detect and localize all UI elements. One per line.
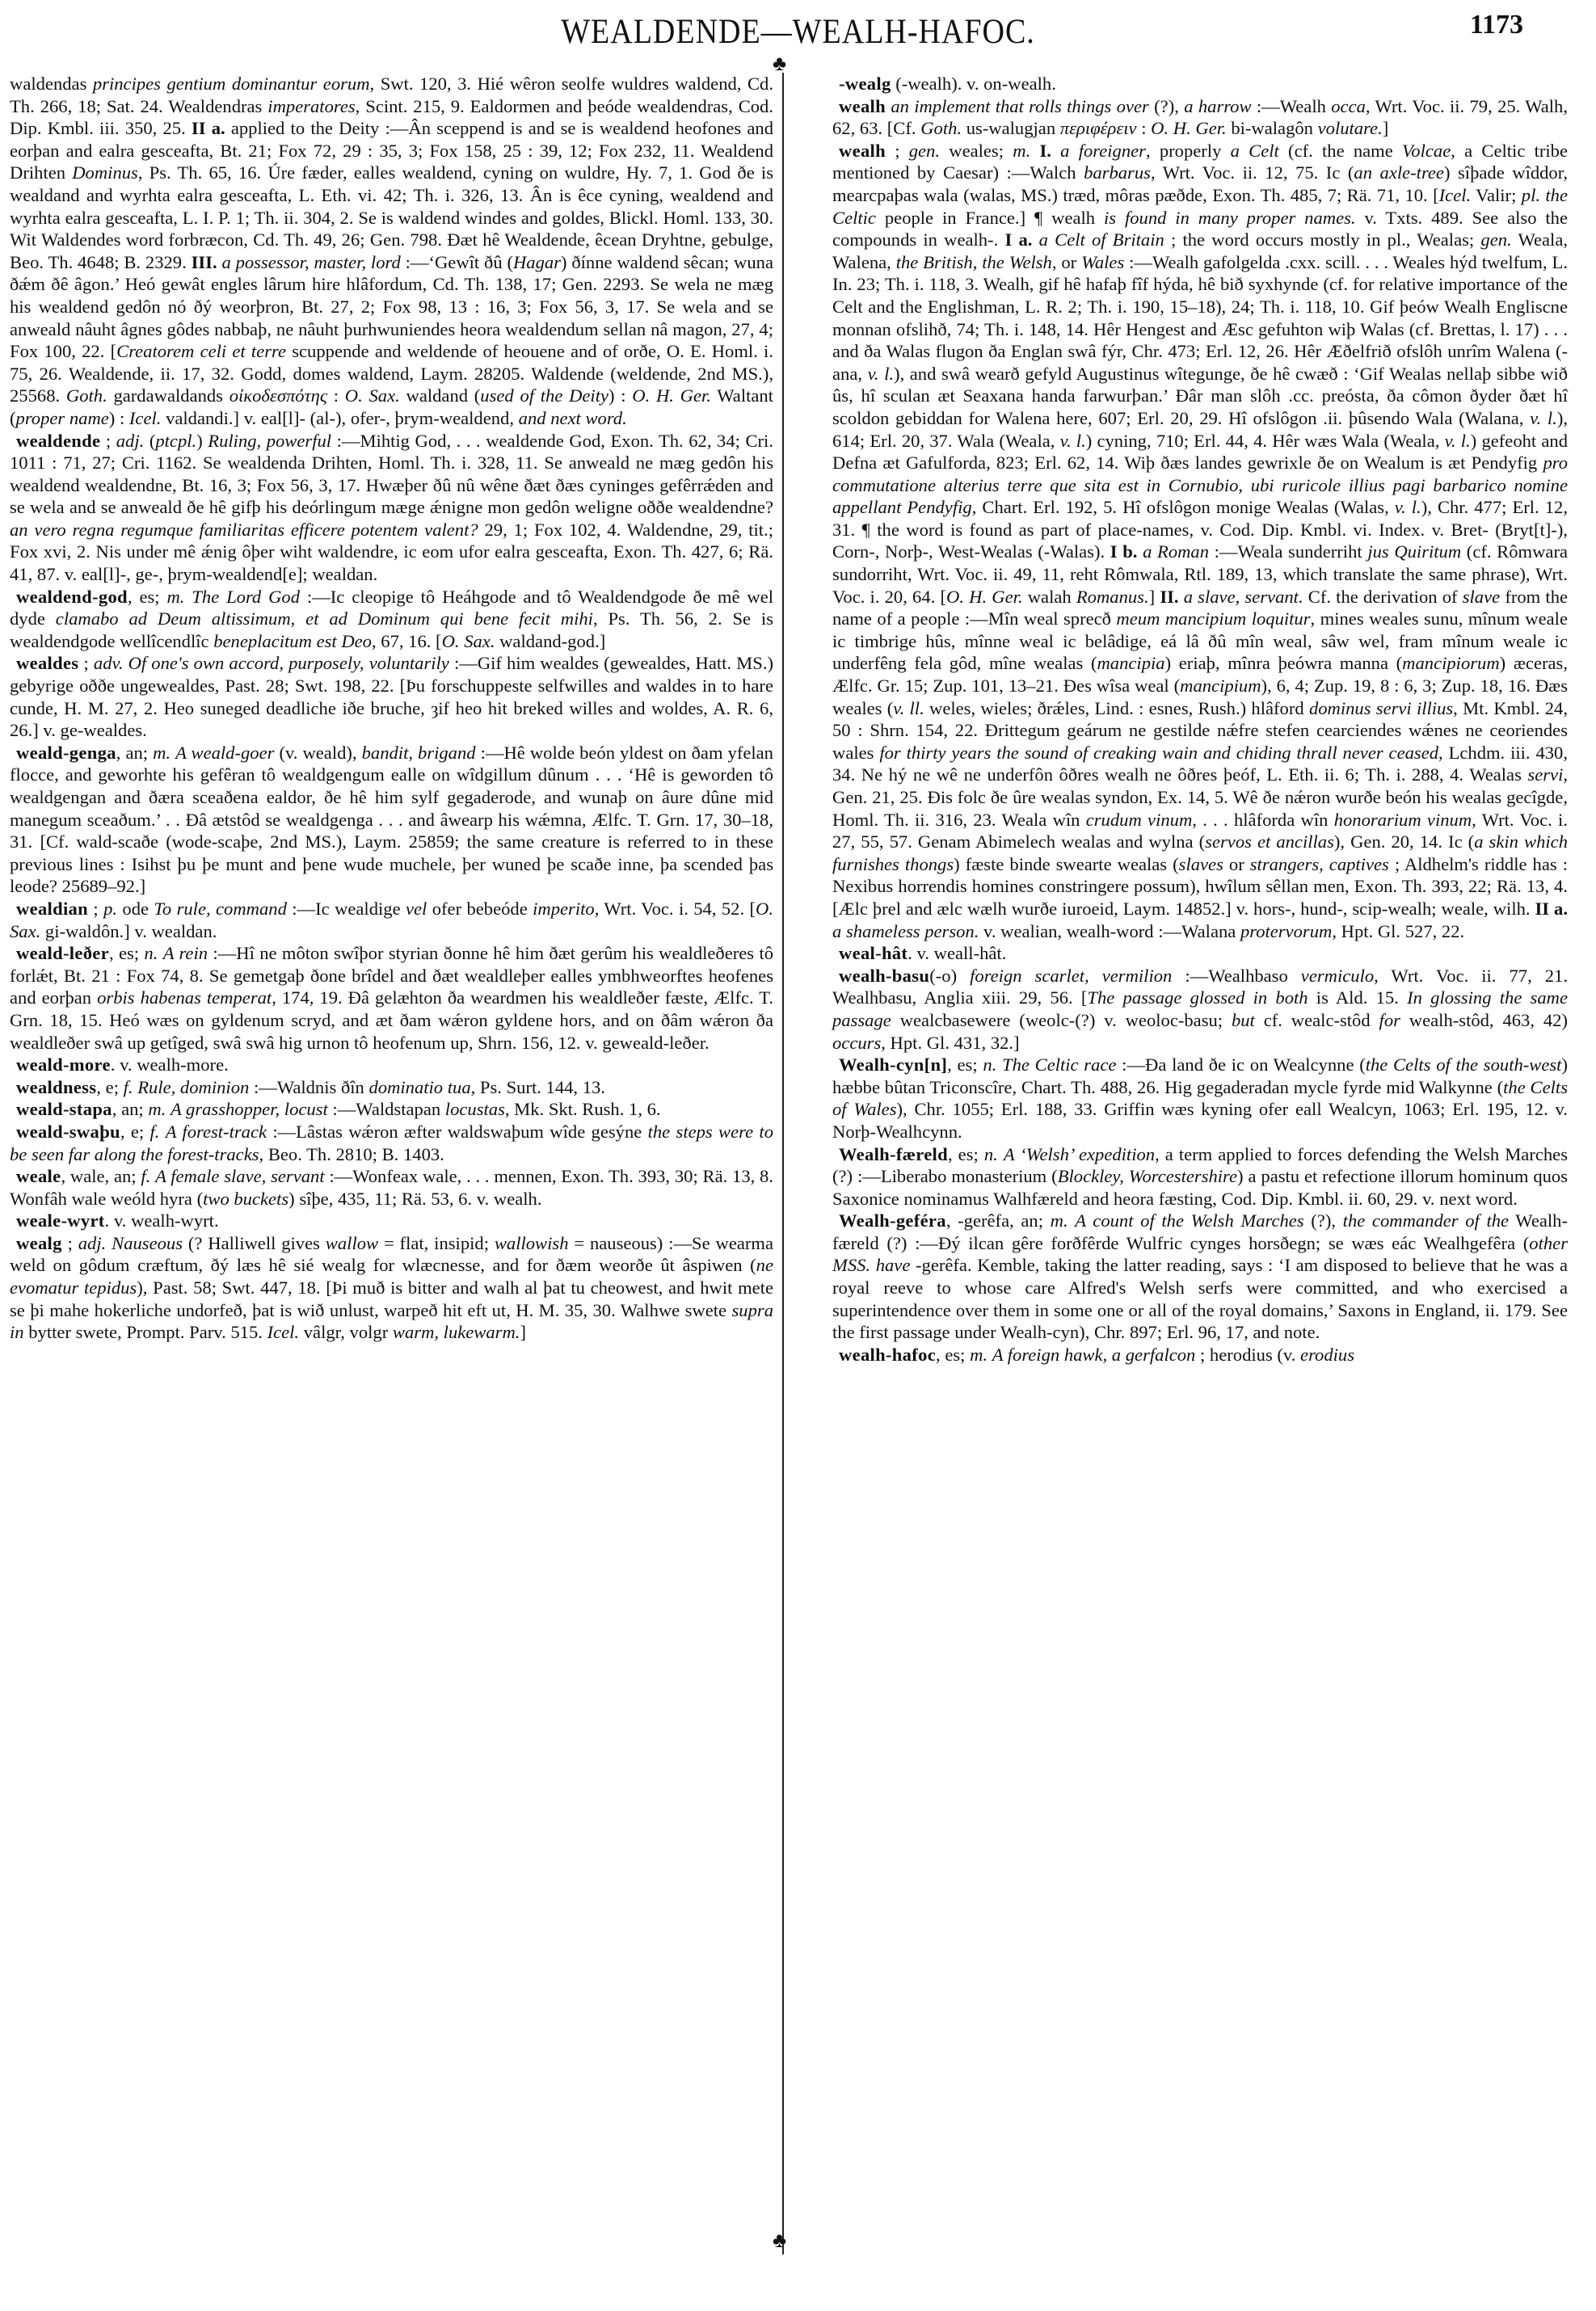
italic-text: a harrow (1184, 96, 1251, 116)
dictionary-entry: wealh an implement that rolls things ove… (832, 95, 1568, 140)
body-text: waldendas (10, 74, 93, 94)
italic-text: honorarium vinum (1334, 810, 1472, 830)
italic-text: A weald-goer (175, 743, 274, 763)
dictionary-entry: wealdende ; adj. (ptcpl.) Ruling, powerf… (10, 430, 773, 586)
headword: weald-leðer (16, 943, 109, 963)
dictionary-entry: Wealh-færeld, es; n. A ‘Welsh’ expeditio… (832, 1143, 1568, 1210)
italic-text: an axle-tree (1354, 162, 1444, 183)
italic-text: A foreign hawk, a gerfalcon (992, 1345, 1196, 1365)
sense-marker: III. (192, 252, 217, 272)
italic-text: Rule, dominion (137, 1077, 249, 1097)
body-text: -gerêfa. Kemble, taking the latter readi… (832, 1255, 1568, 1342)
italic-text: O. Sax. (442, 631, 495, 651)
italic-text: A female slave, servant (155, 1166, 325, 1186)
italic-text: protervorum (1240, 921, 1332, 941)
italic-text: περιφέρειν (1060, 118, 1137, 138)
italic-text: a shameless person. (832, 921, 979, 941)
italic-text: οἰκοδεσπότης (230, 385, 327, 406)
italic-text: Goth. (66, 385, 107, 406)
body-text: gi-waldôn.] v. wealdan. (40, 921, 217, 941)
body-text: , es; (936, 1345, 970, 1365)
italic-text: but (1232, 1010, 1255, 1030)
body-text: waldand ( (400, 385, 481, 406)
body-text: Cf. the derivation of (1303, 587, 1463, 607)
body-text (184, 587, 192, 607)
body-text: v. wealian, wealh-word :—Walana (979, 921, 1240, 941)
headword: Wealh-cyn[n] (839, 1054, 947, 1075)
body-text: walah (1023, 587, 1076, 607)
sense-marker: II a. (1535, 899, 1568, 919)
body-text: , Wrt. Voc. ii. 12, 75. Ic ( (1151, 162, 1354, 183)
headword: Wealh-geféra (839, 1210, 946, 1231)
body-text: ] (520, 1322, 526, 1342)
dictionary-entry: wealdes ; adv. Of one's own accord, purp… (10, 652, 773, 741)
dictionary-entry: weald-genga, an; m. A weald-goer (v. wea… (10, 742, 773, 898)
body-text: :—Waldnis ðîn (249, 1077, 368, 1097)
headword: wealdness (16, 1077, 96, 1097)
italic-text: O. Sax. (345, 385, 400, 406)
headword: wealdende (16, 431, 100, 451)
italic-text: f. (124, 1077, 133, 1097)
italic-text: n. (983, 1054, 996, 1075)
dictionary-entry: wealdian ; p. ode To rule, command :—Ic … (10, 898, 773, 942)
body-text: ; (62, 1233, 78, 1253)
italic-text: m. (166, 587, 184, 607)
italic-text: a Celt of Britain (1039, 229, 1164, 250)
body-text: us-walugjan (962, 118, 1060, 138)
italic-text: occurs (832, 1033, 881, 1053)
body-text: , an; (116, 743, 153, 763)
dictionary-entry: wealdend-god, es; m. The Lord God :—Ic c… (10, 586, 773, 653)
body-text: ; the word occurs mostly in pl., Wealas; (1164, 229, 1481, 250)
italic-text: imperatores (267, 96, 355, 116)
italic-text: Volcae (1402, 141, 1451, 161)
dictionary-entry: weald-more. v. wealh-more. (10, 1054, 773, 1076)
body-text: ) fæste binde swearte wealas ( (954, 854, 1179, 874)
italic-text: wallow (326, 1233, 378, 1253)
dictionary-entry: -wealg (-wealh). v. on-wealh. (832, 73, 1568, 95)
body-text: , es; (109, 943, 144, 963)
body-text: waldand-god.] (495, 631, 605, 651)
body-text: (? Halliwell gives (183, 1233, 326, 1253)
body-text: : (327, 385, 345, 406)
body-text: :—Wealhbaso (1172, 966, 1300, 986)
body-text: :—Wealh (1252, 96, 1332, 116)
italic-text: used of the Deity (480, 385, 609, 406)
body-text: , 67, 16. [ (372, 631, 442, 651)
body-text: (?), (1149, 96, 1184, 116)
italic-text: bandit, brigand (362, 743, 476, 763)
dictionary-entry: Wealh-geféra, -gerêfa, an; m. A count of… (832, 1210, 1568, 1344)
italic-text: v. l. (1445, 431, 1471, 451)
headword: weald-stapa (16, 1099, 112, 1119)
italic-text: Creatorem celi et terre (116, 341, 286, 361)
body-text: , . . . hlâforda wîn (1192, 810, 1333, 830)
italic-text: imperito (533, 899, 595, 919)
italic-text: Romanus. (1076, 587, 1149, 607)
dictionary-entry: wealh-hafoc, es; m. A foreign hawk, a ge… (832, 1344, 1568, 1366)
running-head: WEALDENDE—WEALH-HAFOC. 1173 (0, 8, 1596, 48)
italic-text: servos et ancillas (1205, 831, 1334, 852)
body-text: bi-walagôn (1227, 118, 1318, 138)
italic-text: foreign scarlet, vermilion (970, 966, 1172, 986)
italic-text: To rule, command (154, 899, 286, 919)
italic-text: A grasshopper, locust (171, 1099, 328, 1119)
italic-text: servi (1527, 764, 1563, 785)
italic-text: Goth. (920, 118, 962, 138)
body-text: ; (88, 899, 103, 919)
dictionary-entry: weal-hât. v. weall-hât. (832, 942, 1568, 965)
body-text: :—‘Gewît ðû ( (401, 252, 513, 272)
body-text (1032, 229, 1038, 250)
italic-text: orbis habenas temperat (97, 987, 272, 1008)
italic-text: adv. (94, 653, 124, 673)
body-text: ), Chr. 1055; Erl. 188, 33. Griffin wæs … (832, 1099, 1568, 1142)
body-text: = flat, insipid; (378, 1233, 495, 1253)
italic-text: an implement that rolls things over (891, 96, 1149, 116)
body-text: , -gerêfa, an; (946, 1210, 1051, 1231)
italic-text: for (1379, 1010, 1400, 1030)
body-text: , Beo. Th. 2810; B. 1403. (259, 1144, 444, 1164)
italic-text: m. (148, 1099, 166, 1119)
body-text: or (1223, 854, 1250, 874)
body-text: gardawaldands (107, 385, 230, 406)
dictionary-entry: wealh ; gen. weales; m. I. a foreigner, … (832, 140, 1568, 942)
body-text: weles, wieles; ðrǽles, Lind. : esnes, Ru… (924, 698, 1309, 718)
headword: wealdian (16, 899, 88, 919)
italic-text: clamabo ad Deum altissimum, et ad Dominu… (56, 608, 593, 629)
body-text: ), Gen. 20, 14. Ic ( (1334, 831, 1474, 852)
body-text: ] (1149, 587, 1160, 607)
sense-marker: II a. (192, 118, 225, 138)
body-text: , es; (947, 1054, 983, 1075)
body-text (159, 1122, 165, 1142)
italic-text: Wales (1081, 252, 1124, 272)
italic-text: dominus servi illius (1309, 698, 1453, 718)
body-text: , Mk. Skt. Rush. 1, 6. (505, 1099, 661, 1119)
body-text: (?), (1304, 1210, 1343, 1231)
italic-text: adj. (78, 1233, 107, 1253)
body-text: ; herodius (v. (1195, 1345, 1300, 1365)
dictionary-entry: wealg ; adj. Nauseous (? Halliwell gives… (10, 1232, 773, 1344)
italic-text: m. (153, 743, 171, 763)
column-divider (782, 73, 784, 2254)
headword: weald-more (16, 1054, 111, 1075)
italic-text: O. H. Ger. (946, 587, 1023, 607)
italic-text: meum mancipium loquitur (1116, 608, 1310, 629)
right-column: -wealg (-wealh). v. on-wealh.wealh an im… (832, 73, 1568, 1366)
left-column: waldendas principes gentium dominantur e… (10, 73, 773, 1344)
body-text: (v. weald), (274, 743, 361, 763)
headword: wealh-hafoc (839, 1345, 936, 1365)
headword: wealh-basu (839, 966, 929, 986)
italic-text: ptcpl. (155, 431, 196, 451)
dictionary-entry: weald-stapa, an; m. A grasshopper, locus… (10, 1098, 773, 1121)
body-text: :—Lâstas wǽron æfter waldswaþum wîde ges… (267, 1122, 648, 1142)
body-text: :—Ic wealdige (287, 899, 406, 919)
headword: wealh (839, 141, 886, 161)
italic-text: n. (984, 1144, 998, 1164)
body-text (1030, 141, 1039, 161)
italic-text: O. H. Ger. (632, 385, 711, 406)
body-text: , an; (112, 1099, 149, 1119)
italic-text: A rein (163, 943, 208, 963)
italic-text: barbarus (1084, 162, 1151, 183)
body-text: cf. wealc-stôd (1255, 1010, 1379, 1030)
sense-marker: I. (1039, 141, 1051, 161)
body-text (1068, 1210, 1076, 1231)
body-text: ; (100, 431, 116, 451)
dictionary-entry: weale, wale, an; f. A female slave, serv… (10, 1165, 773, 1210)
headword: wealg (16, 1233, 62, 1253)
headword: weald-genga (16, 743, 116, 763)
body-text: people in France.] ¶ wealh (876, 208, 1104, 228)
body-text: ) : (609, 385, 632, 406)
italic-text: n. (144, 943, 158, 963)
body-text: ), and swâ wearð gefyld Augustinus wîteg… (832, 364, 1568, 428)
italic-text: the commander of the (1343, 1210, 1509, 1231)
headword: wealh (839, 96, 886, 116)
italic-text: the Celts of the south-west (1366, 1054, 1562, 1075)
italic-text: Nauseous (112, 1233, 183, 1253)
body-text: ofer bebeóde (427, 899, 533, 919)
dictionary-entry: wealdness, e; f. Rule, dominion :—Waldni… (10, 1076, 773, 1099)
dictionary-entry: weald-swaþu, e; f. A forest-track :—Lâst… (10, 1121, 773, 1165)
italic-text: dominatio tua (368, 1077, 470, 1097)
body-text: ; (886, 141, 909, 161)
italic-text: locustas (445, 1099, 505, 1119)
dictionary-entry: weald-leðer, es; n. A rein :—Hî ne môton… (10, 942, 773, 1054)
italic-text: v. l. (1530, 408, 1557, 428)
italic-text: f. (149, 1122, 159, 1142)
sense-marker: I a. (1004, 229, 1032, 250)
dictionary-entry: waldendas principes gentium dominantur e… (10, 73, 773, 430)
body-text: ode (117, 899, 154, 919)
headword: weal-hât (839, 943, 907, 963)
italic-text: adj. (116, 431, 145, 451)
body-text: bytter swete, Prompt. Parv. 515. (24, 1322, 267, 1342)
italic-text: m. (1051, 1210, 1068, 1231)
italic-text: principes gentium dominantur eorum (93, 74, 370, 94)
italic-text: Ruling, powerful (208, 431, 331, 451)
column-rule-ornament-top-icon: ♣ (773, 53, 786, 74)
body-text: , Wrt. Voc. i. 54, 52. [ (595, 899, 756, 919)
headword: wealdes (16, 653, 78, 673)
body-text: wealh-stôd, 463, 42) (1400, 1010, 1568, 1030)
body-text: (cf. the name (1279, 141, 1402, 161)
italic-text: vel (406, 899, 427, 919)
body-text: ) : (109, 408, 129, 428)
italic-text: A count of the Welsh Marches (1075, 1210, 1303, 1231)
body-text: :—Waldstapan (328, 1099, 445, 1119)
headword: weale (16, 1166, 61, 1186)
italic-text: strangers, captives (1250, 854, 1389, 874)
headword: -wealg (839, 74, 891, 94)
italic-text: beneplacitum est Deo (213, 631, 372, 651)
dictionary-entry: wealh-basu(-o) foreign scarlet, vermilio… (832, 965, 1568, 1054)
body-text: : (1137, 118, 1152, 138)
body-text: , Hpt. Gl. 527, 22. (1332, 921, 1464, 941)
body-text: valdandi.] v. eal[l]- (al-), ofer-, þrym… (161, 408, 518, 428)
italic-text: for thirty years the sound of creaking w… (879, 743, 1438, 763)
headword: Wealh-færeld (839, 1144, 948, 1164)
headword: wealdend-god (16, 587, 128, 607)
italic-text: Icel. (129, 408, 162, 428)
body-text: ) sîþe, 435, 11; Rä. 53, 6. v. wealh. (288, 1189, 541, 1209)
italic-text: two buckets (203, 1189, 288, 1209)
dictionary-entry: Wealh-cyn[n], es; n. The Celtic race :—Ð… (832, 1054, 1568, 1143)
italic-text: occa (1331, 96, 1366, 116)
body-text: , properly (1146, 141, 1231, 161)
italic-text: slaves (1179, 854, 1223, 874)
italic-text: Icel. (1439, 185, 1472, 205)
body-text: . v. wealh-more. (111, 1054, 229, 1075)
italic-text: The passage glossed in both (1087, 987, 1308, 1008)
italic-text: gen. (1480, 229, 1511, 250)
italic-text: crudum vinum (1086, 810, 1193, 830)
italic-text: jus Quiritum (1367, 541, 1461, 562)
body-text: , es; (948, 1144, 984, 1164)
italic-text: Dominus (72, 162, 138, 183)
italic-text: warm, lukewarm. (393, 1322, 520, 1342)
italic-text: a Roman (1143, 541, 1209, 562)
body-text: :—Hê wolde beón yldest on ðam yfelan flo… (10, 743, 773, 897)
headword: weald-swaþu (16, 1122, 120, 1142)
body-text: , Chart. Erl. 192, 5. Hî ofslôgon monige… (972, 497, 1395, 517)
italic-text: mancipiorum (1402, 653, 1500, 673)
italic-text: Blockley, Worcestershire (1058, 1166, 1237, 1186)
italic-text: mancipium (1180, 676, 1261, 696)
body-text: , e; (120, 1122, 150, 1142)
body-text: ) (196, 431, 208, 451)
body-text: ] (1383, 118, 1389, 138)
body-text: Valir; (1471, 185, 1522, 205)
italic-text: a possessor, master, lord (221, 252, 400, 272)
italic-text: m. (970, 1345, 987, 1365)
body-text: (-wealh). v. on-wealh. (891, 74, 1056, 94)
body-text: (-o) (929, 966, 970, 986)
italic-text: Of one's own accord, purposely, voluntar… (128, 653, 449, 673)
body-text: . v. weall-hât. (907, 943, 1006, 963)
italic-text: v. l. (1395, 497, 1421, 517)
italic-text: a slave, servant. (1184, 587, 1303, 607)
body-text: , Hpt. Gl. 431, 32.] (881, 1033, 1019, 1053)
body-text: . v. wealh-wyrt. (105, 1210, 219, 1231)
column-rule-ornament-bottom-icon: ♣ (773, 2230, 786, 2251)
italic-text: erodius (1300, 1345, 1354, 1365)
italic-text: m. (1013, 141, 1030, 161)
italic-text: v. l. (1060, 431, 1086, 451)
italic-text: O. H. Ger. (1151, 118, 1227, 138)
body-text: ) cyning, 710; Erl. 44, 4. Hêr wæs Wala … (1086, 431, 1445, 451)
body-text: ) eriaþ, mînra þeówra manna ( (1165, 653, 1403, 673)
headword: weale-wyrt (16, 1210, 105, 1231)
italic-text: Hagar (513, 252, 561, 272)
body-text: ( (144, 431, 155, 451)
italic-text: a Celt (1231, 141, 1279, 161)
body-text: vâlgr, volgr (299, 1322, 393, 1342)
body-text (1051, 141, 1060, 161)
body-text: , e; (96, 1077, 123, 1097)
body-text (998, 1144, 1004, 1164)
italic-text: wallowish (495, 1233, 569, 1253)
body-text: , wale, an; (61, 1166, 141, 1186)
italic-text: is found in many proper names. (1104, 208, 1356, 228)
italic-text: mancipia (1097, 653, 1164, 673)
italic-text: The Celtic race (1002, 1054, 1116, 1075)
italic-text: the British, the Welsh (896, 252, 1052, 272)
body-text: , or (1052, 252, 1081, 272)
italic-text: vermiculo (1301, 966, 1374, 986)
dictionary-entry: weale-wyrt. v. wealh-wyrt. (10, 1210, 773, 1232)
body-text: :—Ða land ðe ic on Wealcynne ( (1116, 1054, 1365, 1075)
page-title: WEALDENDE—WEALH-HAFOC. (0, 11, 1596, 53)
body-text: ; (78, 653, 94, 673)
body-text: :—Weala sunderriht (1209, 541, 1367, 562)
italic-text: p. (103, 899, 117, 919)
italic-text: A forest-track (166, 1122, 267, 1142)
italic-text: A ‘Welsh’ expedition (1004, 1144, 1155, 1164)
italic-text: proper name (16, 408, 109, 428)
body-text: , Ps. Surt. 144, 13. (471, 1077, 605, 1097)
body-text: weales; (940, 141, 1013, 161)
italic-text: v. l. (868, 364, 894, 384)
body-text: is Ald. 15. (1308, 987, 1408, 1008)
italic-text: v. ll. (893, 698, 924, 718)
body-text (996, 1054, 1002, 1075)
sense-marker: I b. (1110, 541, 1138, 562)
italic-text: a foreigner (1060, 141, 1146, 161)
body-text: wealcbasewere (weolc-(?) v. weoloc-basu; (891, 1010, 1232, 1030)
italic-text: volutare. (1318, 118, 1383, 138)
italic-text: an vero regna regumque familiaritas effi… (10, 520, 478, 540)
italic-text: The Lord God (192, 587, 300, 607)
page-number: 1173 (1470, 10, 1523, 40)
italic-text: f. (141, 1166, 150, 1186)
italic-text: gen. (909, 141, 940, 161)
italic-text: slave (1463, 587, 1500, 607)
sense-marker: II. (1160, 587, 1178, 607)
italic-text: Icel. (267, 1322, 300, 1342)
body-text: , es; (128, 587, 167, 607)
italic-text: and next word. (519, 408, 627, 428)
